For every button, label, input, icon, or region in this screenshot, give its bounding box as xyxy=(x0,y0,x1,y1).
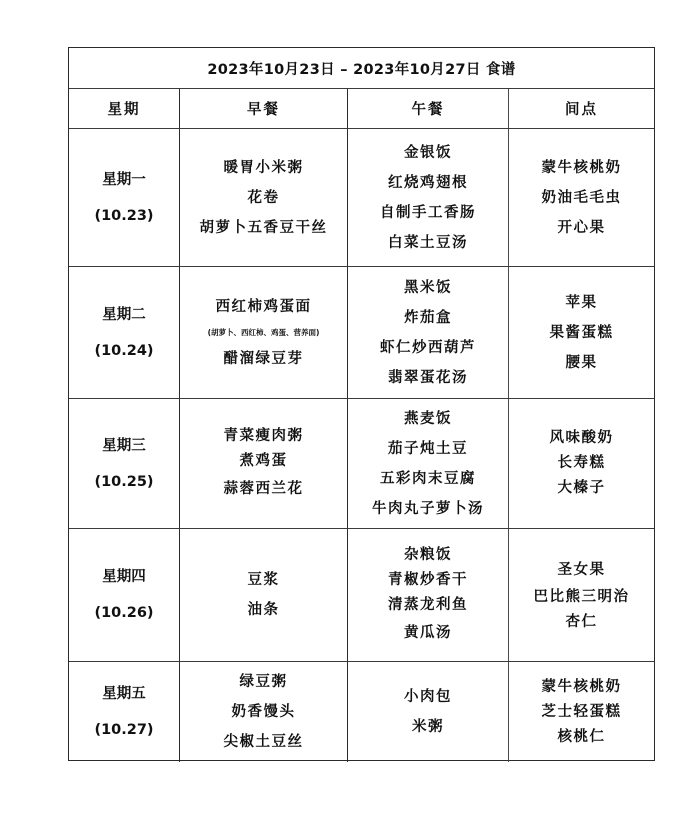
menu-item: 尖椒土豆丝 xyxy=(224,727,304,757)
snack-cell: 圣女果 巴比熊三明治 杏仁 xyxy=(509,529,654,661)
weekday-label: 星期一 xyxy=(102,162,146,198)
header-weekday: 星期 xyxy=(69,89,180,128)
menu-item: 奶香馒头 xyxy=(232,697,296,727)
menu-item: 巴比熊三明治 xyxy=(534,585,630,610)
menu-item: 小肉包 xyxy=(404,682,452,712)
menu-item: 青椒炒香干 xyxy=(388,568,468,593)
menu-item: 煮鸡蛋 xyxy=(240,449,288,474)
menu-item: 苹果 xyxy=(566,288,598,318)
menu-item: 红烧鸡翅根 xyxy=(388,168,468,198)
menu-item: 圣女果 xyxy=(558,555,606,585)
menu-item: 豆浆 xyxy=(248,565,280,595)
menu-item: 醋溜绿豆芽 xyxy=(224,344,304,374)
weekday-cell: 星期一 (10.23) xyxy=(69,129,180,266)
header-snack: 间点 xyxy=(509,89,654,128)
table-row-tuesday: 星期二 (10.24) 西红柿鸡蛋面 (胡萝卜、西红柿、鸡蛋、营养面) 醋溜绿豆… xyxy=(69,267,654,399)
weekday-cell: 星期四 (10.26) xyxy=(69,529,180,661)
menu-item: 金银饭 xyxy=(404,138,452,168)
table-row-friday: 星期五 (10.27) 绿豆粥 奶香馒头 尖椒土豆丝 小肉包 米粥 蒙牛核桃奶 … xyxy=(69,662,654,762)
menu-item: 花卷 xyxy=(248,183,280,213)
menu-item: 大榛子 xyxy=(558,476,606,501)
menu-item: 蒙牛核桃奶 xyxy=(542,675,622,700)
menu-item: 炸茄盒 xyxy=(404,303,452,333)
table-row-thursday: 星期四 (10.26) 豆浆 油条 杂粮饭 青椒炒香干 清蒸龙利鱼 黄瓜汤 圣女… xyxy=(69,529,654,662)
weekday-label: 星期三 xyxy=(102,428,146,464)
menu-item: 杏仁 xyxy=(566,610,598,635)
menu-item: 长寿糕 xyxy=(558,451,606,476)
menu-item: 蒜蓉西兰花 xyxy=(224,474,304,504)
lunch-cell: 金银饭 红烧鸡翅根 自制手工香肠 白菜土豆汤 xyxy=(348,129,509,266)
breakfast-cell: 豆浆 油条 xyxy=(180,529,348,661)
table-row-monday: 星期一 (10.23) 暖胃小米粥 花卷 胡萝卜五香豆干丝 金银饭 红烧鸡翅根 … xyxy=(69,129,654,267)
date-label: (10.27) xyxy=(94,712,153,748)
menu-item: 胡萝卜五香豆干丝 xyxy=(200,213,328,243)
menu-title: 2023年10月23日 – 2023年10月27日 食谱 xyxy=(69,48,654,89)
menu-item: 黄瓜汤 xyxy=(404,618,452,648)
date-label: (10.24) xyxy=(94,333,153,369)
weekday-label: 星期四 xyxy=(102,559,146,595)
menu-item: 西红柿鸡蛋面 xyxy=(216,292,312,322)
menu-item: 油条 xyxy=(248,595,280,625)
menu-item: 开心果 xyxy=(558,213,606,243)
menu-item: 米粥 xyxy=(412,712,444,742)
weekday-label: 星期五 xyxy=(102,676,146,712)
snack-cell: 蒙牛核桃奶 芝士轻蛋糕 核桃仁 xyxy=(509,662,654,762)
header-breakfast: 早餐 xyxy=(180,89,348,128)
weekday-cell: 星期二 (10.24) xyxy=(69,267,180,398)
menu-item: 黑米饭 xyxy=(404,273,452,303)
menu-item: 芝士轻蛋糕 xyxy=(542,700,622,725)
date-label: (10.23) xyxy=(94,198,153,234)
lunch-cell: 燕麦饭 茄子炖土豆 五彩肉末豆腐 牛肉丸子萝卜汤 xyxy=(348,399,509,528)
header-lunch: 午餐 xyxy=(348,89,509,128)
breakfast-cell: 青菜瘦肉粥 煮鸡蛋 蒜蓉西兰花 xyxy=(180,399,348,528)
menu-item: 蒙牛核桃奶 xyxy=(542,153,622,183)
menu-item: 虾仁炒西葫芦 xyxy=(380,333,476,363)
menu-item: 燕麦饭 xyxy=(404,404,452,434)
menu-item: 奶油毛毛虫 xyxy=(542,183,622,213)
weekday-cell: 星期三 (10.25) xyxy=(69,399,180,528)
menu-item: 茄子炖土豆 xyxy=(388,434,468,464)
menu-item: 翡翠蛋花汤 xyxy=(388,363,468,393)
table-row-wednesday: 星期三 (10.25) 青菜瘦肉粥 煮鸡蛋 蒜蓉西兰花 燕麦饭 茄子炖土豆 五彩… xyxy=(69,399,654,529)
date-label: (10.25) xyxy=(94,464,153,500)
ingredient-note: (胡萝卜、西红柿、鸡蛋、营养面) xyxy=(208,322,320,344)
menu-item: 五彩肉末豆腐 xyxy=(380,464,476,494)
weekday-label: 星期二 xyxy=(102,297,146,333)
menu-item: 青菜瘦肉粥 xyxy=(224,424,304,449)
menu-item: 白菜土豆汤 xyxy=(388,228,468,258)
lunch-cell: 杂粮饭 青椒炒香干 清蒸龙利鱼 黄瓜汤 xyxy=(348,529,509,661)
lunch-cell: 小肉包 米粥 xyxy=(348,662,509,762)
header-row: 星期 早餐 午餐 间点 xyxy=(69,89,654,129)
menu-item: 绿豆粥 xyxy=(240,667,288,697)
breakfast-cell: 暖胃小米粥 花卷 胡萝卜五香豆干丝 xyxy=(180,129,348,266)
date-label: (10.26) xyxy=(94,595,153,631)
menu-item: 风味酸奶 xyxy=(550,426,614,451)
menu-item: 腰果 xyxy=(566,348,598,378)
breakfast-cell: 绿豆粥 奶香馒头 尖椒土豆丝 xyxy=(180,662,348,762)
snack-cell: 苹果 果酱蛋糕 腰果 xyxy=(509,267,654,398)
menu-item: 核桃仁 xyxy=(558,725,606,750)
menu-item: 杂粮饭 xyxy=(404,543,452,568)
menu-item: 果酱蛋糕 xyxy=(550,318,614,348)
menu-item: 暖胃小米粥 xyxy=(224,153,304,183)
breakfast-cell: 西红柿鸡蛋面 (胡萝卜、西红柿、鸡蛋、营养面) 醋溜绿豆芽 xyxy=(180,267,348,398)
snack-cell: 风味酸奶 长寿糕 大榛子 xyxy=(509,399,654,528)
menu-item: 清蒸龙利鱼 xyxy=(388,593,468,618)
snack-cell: 蒙牛核桃奶 奶油毛毛虫 开心果 xyxy=(509,129,654,266)
menu-item: 牛肉丸子萝卜汤 xyxy=(372,494,484,524)
lunch-cell: 黑米饭 炸茄盒 虾仁炒西葫芦 翡翠蛋花汤 xyxy=(348,267,509,398)
menu-table: 2023年10月23日 – 2023年10月27日 食谱 星期 早餐 午餐 间点… xyxy=(68,47,655,761)
weekday-cell: 星期五 (10.27) xyxy=(69,662,180,762)
menu-item: 自制手工香肠 xyxy=(380,198,476,228)
